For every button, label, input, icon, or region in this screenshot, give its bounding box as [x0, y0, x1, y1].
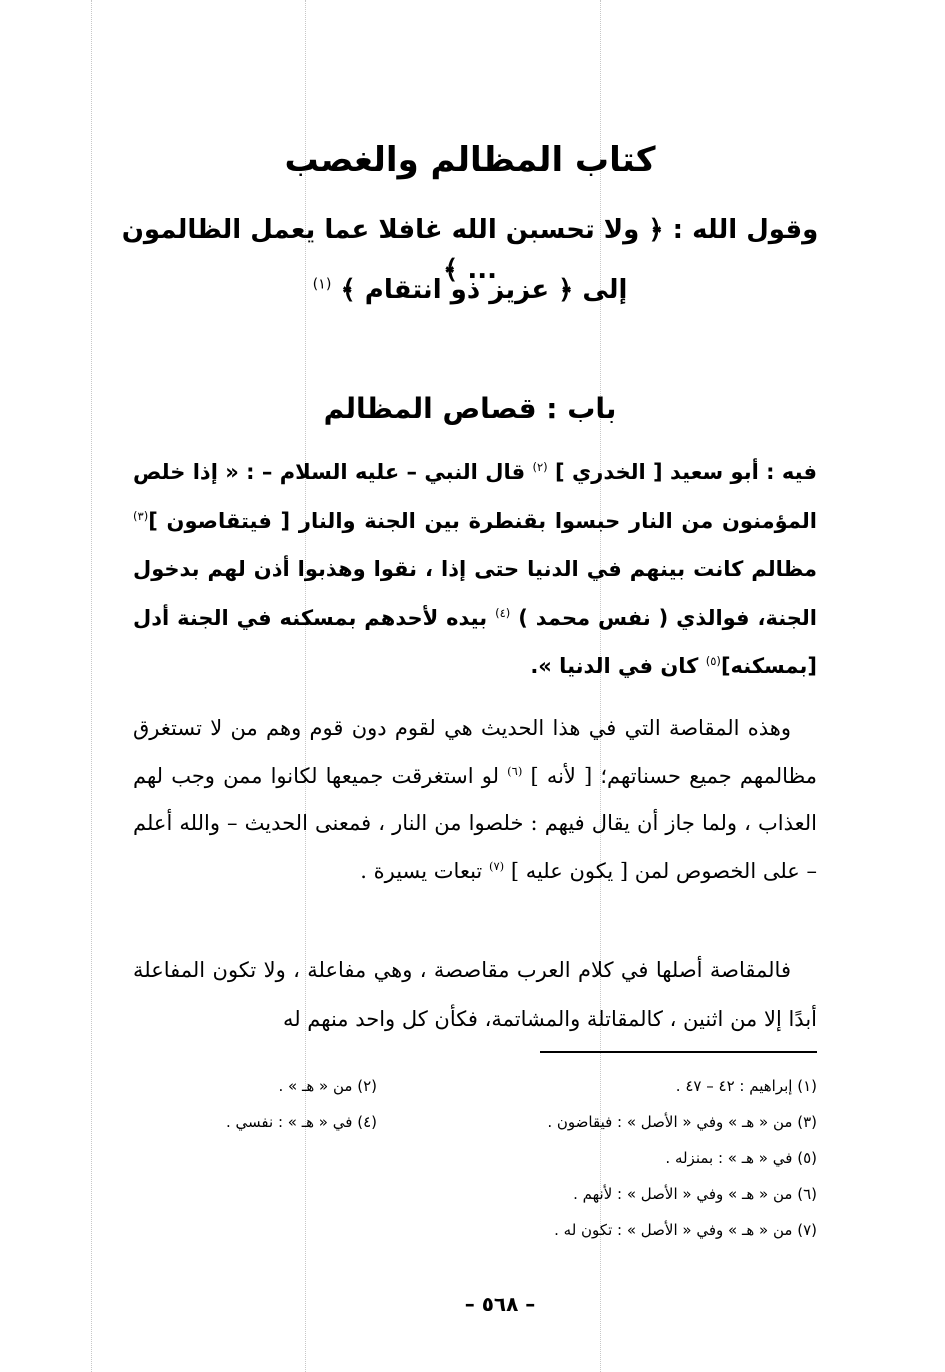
scan-artifact-line	[91, 0, 92, 1372]
footnote-ref-3: (٣)	[133, 509, 148, 523]
commentary-text: فالمقاصة أصلها في كلام العرب مقاصصة ، وه…	[133, 958, 817, 1031]
footnote-number: (٤)	[357, 1113, 377, 1131]
chapter-heading: باب : قصاص المظالم	[150, 387, 790, 431]
hadith-paragraph: فيه : أبو سعيد [ الخدري ] (٢) قال النبي …	[133, 448, 817, 691]
commentary-paragraph-1: وهذه المقاصة التي في هذا الحديث هي لقوم …	[133, 705, 817, 895]
page-number: – ٥٦٨ –	[420, 1290, 580, 1318]
footnote-text: من « هـ » وفي « الأصل » : تكون له .	[554, 1221, 792, 1239]
footnote-row: (١) إبراهيم : ٤٢ – ٤٧ . (٢) من « هـ » .	[160, 1068, 817, 1104]
footnote-row: (٦) من « هـ » وفي « الأصل » : لأنهم .	[160, 1176, 817, 1212]
footnote-2: (٢) من « هـ » .	[160, 1068, 377, 1104]
footnote-ref-7: (٧)	[489, 859, 504, 873]
footnote-number: (٣)	[797, 1113, 817, 1131]
hadith-text-seg5: كان في الدنيا ».	[530, 654, 705, 678]
footnote-number: (٥)	[797, 1149, 817, 1167]
footnote-number: (٢)	[357, 1077, 377, 1095]
footnote-text: في « هـ » : نفسي .	[226, 1113, 352, 1131]
verse-heading-text: إلى ﴿ عزيز ذو انتقام ﴾	[341, 275, 628, 305]
commentary-text-seg3: تبعات يسيرة .	[360, 859, 489, 883]
footnote-ref-6: (٦)	[507, 764, 522, 778]
footnote-ref-4: (٤)	[495, 606, 510, 620]
footnote-text: إبراهيم : ٤٢ – ٤٧ .	[676, 1077, 793, 1095]
footnote-ref-2: (٢)	[532, 460, 547, 474]
footnotes: (١) إبراهيم : ٤٢ – ٤٧ . (٢) من « هـ » . …	[160, 1068, 817, 1248]
footnote-6: (٦) من « هـ » وفي « الأصل » : لأنهم .	[377, 1176, 817, 1212]
footnote-row: (٣) من « هـ » وفي « الأصل » : فيقاضون . …	[160, 1104, 817, 1140]
footnote-1: (١) إبراهيم : ٤٢ – ٤٧ .	[377, 1068, 817, 1104]
footnote-row: (٧) من « هـ » وفي « الأصل » : تكون له .	[160, 1212, 817, 1248]
footnote-number: (٦)	[797, 1185, 817, 1203]
footnote-5: (٥) في « هـ » : بمنزله .	[377, 1140, 817, 1176]
footnote-4: (٤) في « هـ » : نفسي .	[160, 1104, 377, 1140]
footnote-text: في « هـ » : بمنزله .	[665, 1149, 792, 1167]
footnote-text: من « هـ » وفي « الأصل » : فيقاضون .	[547, 1113, 792, 1131]
hadith-text-seg1: فيه : أبو سعيد [ الخدري ]	[548, 460, 817, 484]
footnote-text: من « هـ » .	[278, 1077, 352, 1095]
footnote-7: (٧) من « هـ » وفي « الأصل » : تكون له .	[377, 1212, 817, 1248]
footnote-separator	[540, 1051, 817, 1053]
footnote-text: من « هـ » وفي « الأصل » : لأنهم .	[573, 1185, 792, 1203]
book-page: كتاب المظالم والغصب وقول الله : ﴿ ولا تح…	[0, 0, 945, 1372]
footnote-ref-5: (٥)	[706, 654, 721, 668]
verse-heading-line-2: إلى ﴿ عزيز ذو انتقام ﴾ (١)	[120, 270, 820, 310]
footnote-ref-1: (١)	[313, 276, 332, 292]
footnote-number: (١)	[797, 1077, 817, 1095]
footnote-number: (٧)	[797, 1221, 817, 1239]
footnote-row: (٥) في « هـ » : بمنزله .	[160, 1140, 817, 1176]
footnote-3: (٣) من « هـ » وفي « الأصل » : فيقاضون .	[377, 1104, 817, 1140]
book-title: كتاب المظالم والغصب	[150, 136, 790, 184]
commentary-paragraph-2: فالمقاصة أصلها في كلام العرب مقاصصة ، وه…	[133, 946, 817, 1044]
